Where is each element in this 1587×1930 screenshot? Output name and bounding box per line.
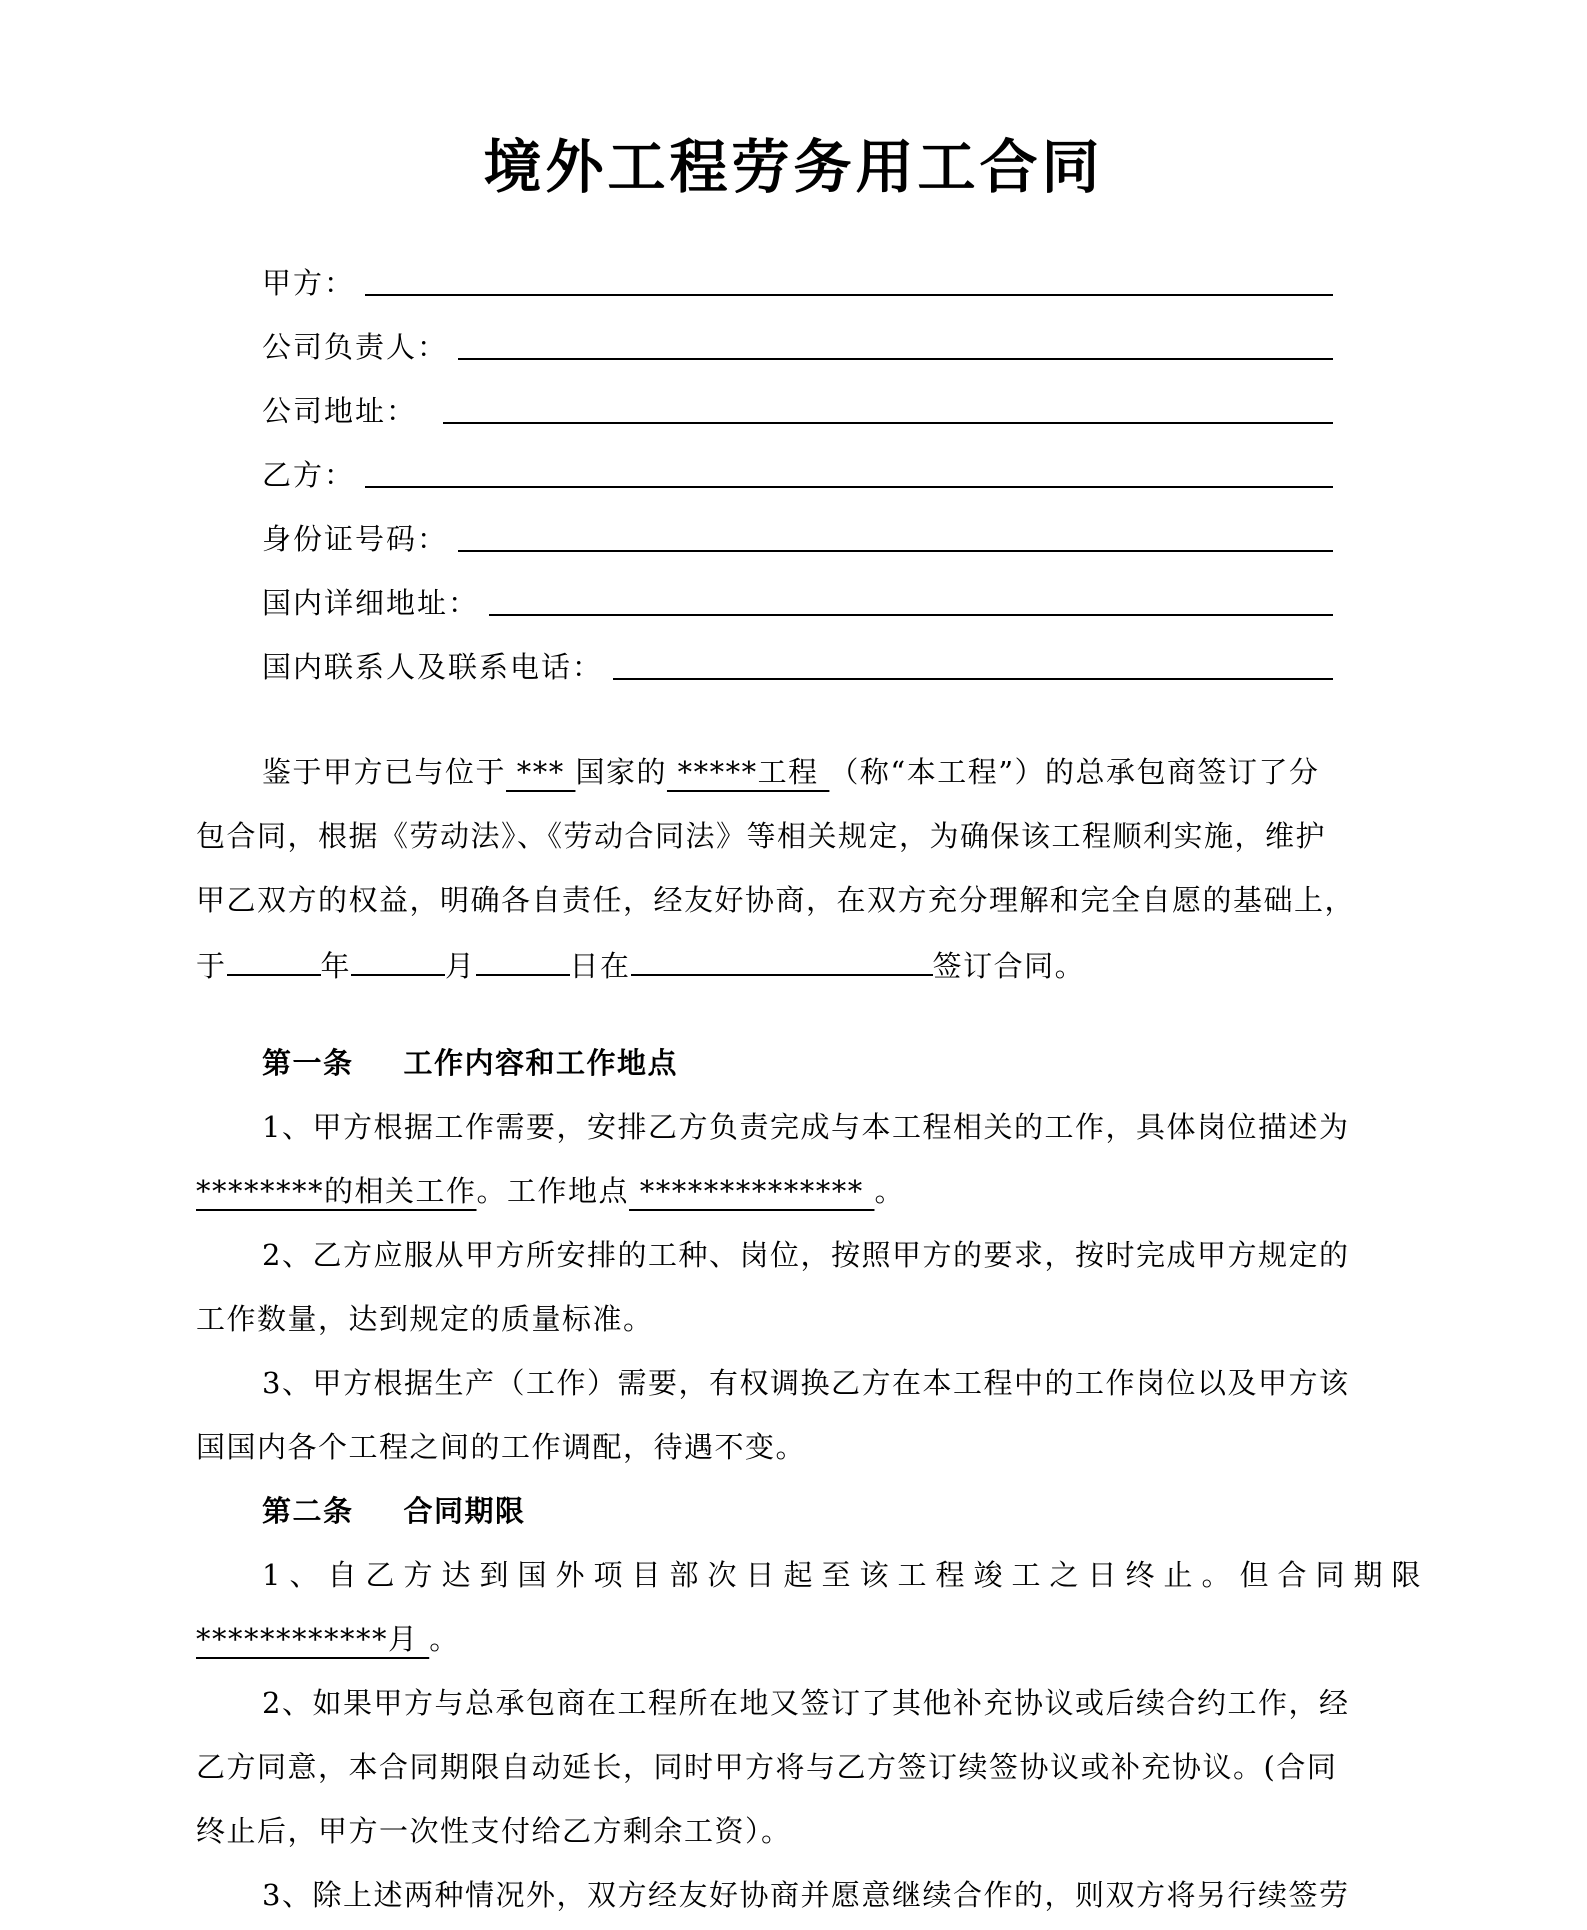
text: 。工作地点 — [477, 1174, 630, 1208]
article-2-item-1-line-2: ************月 。 — [196, 1619, 1391, 1659]
article-1-item-1-line-2: ********的相关工作。工作地点 ************** 。 — [196, 1171, 1391, 1211]
article-number: 第二条 — [262, 1494, 354, 1528]
field-label: 国内详细地址： — [262, 581, 489, 622]
location-blank[interactable] — [631, 944, 933, 976]
text: （称“本工程”）的总承包商签订了分 — [829, 755, 1319, 789]
field-blank-line[interactable] — [365, 293, 1333, 296]
form-field-party-a[interactable]: 甲方： — [262, 252, 1333, 302]
field-blank-line[interactable] — [458, 549, 1333, 552]
article-1-item-3-line-1: 3、甲方根据生产（工作）需要，有权调换乙方在本工程中的工作岗位以及甲方该 — [262, 1363, 1391, 1403]
article-1-item-2-line-2: 工作数量，达到规定的质量标准。 — [196, 1299, 1391, 1339]
field-label: 身份证号码： — [262, 517, 458, 558]
text: 国家的 — [575, 755, 667, 789]
text: 鉴于甲方已与位于 — [262, 755, 506, 789]
field-label: 乙方： — [262, 453, 365, 494]
article-title: 工作内容和工作地点 — [404, 1046, 679, 1080]
year-blank[interactable] — [227, 944, 321, 976]
contract-term-blank[interactable]: ************月 — [196, 1622, 429, 1656]
preamble-line-3: 甲乙双方的权益，明确各自责任，经友好协商，在双方充分理解和完全自愿的基础上， — [196, 880, 1391, 920]
document-title: 境外工程劳务用工合同 — [0, 120, 1587, 204]
article-2-item-1-line-1: 1、自乙方达到国外项目部次日起至该工程竣工之日终止。但合同期限 — [262, 1555, 1391, 1595]
field-blank-line[interactable] — [489, 613, 1333, 616]
field-blank-line[interactable] — [613, 677, 1333, 680]
field-label: 公司负责人： — [262, 325, 458, 366]
article-1-heading: 第一条工作内容和工作地点 — [262, 1043, 1391, 1083]
article-2-item-2-line-1: 2、如果甲方与总承包商在工程所在地又签订了其他补充协议或后续合约工作，经 — [262, 1683, 1391, 1723]
country-blank[interactable]: *** — [506, 755, 575, 789]
text: 日在 — [570, 949, 631, 983]
month-blank[interactable] — [351, 944, 445, 976]
field-label: 公司地址： — [262, 389, 443, 430]
text: 于 — [196, 949, 227, 983]
project-blank[interactable]: *****工程 — [667, 755, 829, 789]
form-field-company-head[interactable]: 公司负责人： — [262, 316, 1333, 366]
form-field-domestic-address[interactable]: 国内详细地址： — [262, 572, 1333, 622]
field-blank-line[interactable] — [365, 485, 1333, 488]
article-title: 合同期限 — [404, 1494, 526, 1528]
article-1-item-3-line-2: 国国内各个工程之间的工作调配，待遇不变。 — [196, 1427, 1391, 1467]
field-blank-line[interactable] — [443, 421, 1333, 424]
day-blank[interactable] — [476, 944, 570, 976]
field-label: 国内联系人及联系电话： — [262, 645, 613, 686]
form-field-party-b[interactable]: 乙方： — [262, 444, 1333, 494]
text: 年 — [321, 949, 352, 983]
form-field-company-address[interactable]: 公司地址： — [262, 380, 1333, 430]
article-1-item-2-line-1: 2、乙方应服从甲方所安排的工种、岗位，按照甲方的要求，按时完成甲方规定的 — [262, 1235, 1391, 1275]
text: 。 — [874, 1174, 905, 1208]
field-label: 甲方： — [262, 261, 365, 302]
preamble-line-4: 于年月日在签订合同。 — [196, 944, 1391, 986]
form-field-id-number[interactable]: 身份证号码： — [262, 508, 1333, 558]
field-blank-line[interactable] — [458, 357, 1333, 360]
form-field-domestic-contact[interactable]: 国内联系人及联系电话： — [262, 636, 1333, 686]
article-2-item-2-line-3: 终止后，甲方一次性支付给乙方剩余工资）。 — [196, 1811, 1391, 1851]
text: 。 — [429, 1622, 460, 1656]
preamble-line-1: 鉴于甲方已与位于 *** 国家的 *****工程 （称“本工程”）的总承包商签订… — [262, 752, 1391, 792]
text: 签订合同。 — [933, 949, 1086, 983]
article-number: 第一条 — [262, 1046, 354, 1080]
job-description-blank[interactable]: ********的相关工作 — [196, 1174, 477, 1208]
article-2-heading: 第二条合同期限 — [262, 1491, 1391, 1531]
article-2-item-2-line-2: 乙方同意，本合同期限自动延长，同时甲方将与乙方签订续签协议或补充协议。(合同 — [196, 1747, 1391, 1787]
work-location-blank[interactable]: ************** — [629, 1174, 874, 1208]
text: 月 — [445, 949, 476, 983]
preamble-line-2: 包合同，根据《劳动法》、《劳动合同法》等相关规定，为确保该工程顺利实施，维护 — [196, 816, 1391, 856]
article-1-item-1-line-1: 1、甲方根据工作需要，安排乙方负责完成与本工程相关的工作，具体岗位描述为 — [262, 1107, 1391, 1147]
article-2-item-3-line-1: 3、除上述两种情况外，双方经友好协商并愿意继续合作的，则双方将另行续签劳 — [262, 1875, 1391, 1915]
